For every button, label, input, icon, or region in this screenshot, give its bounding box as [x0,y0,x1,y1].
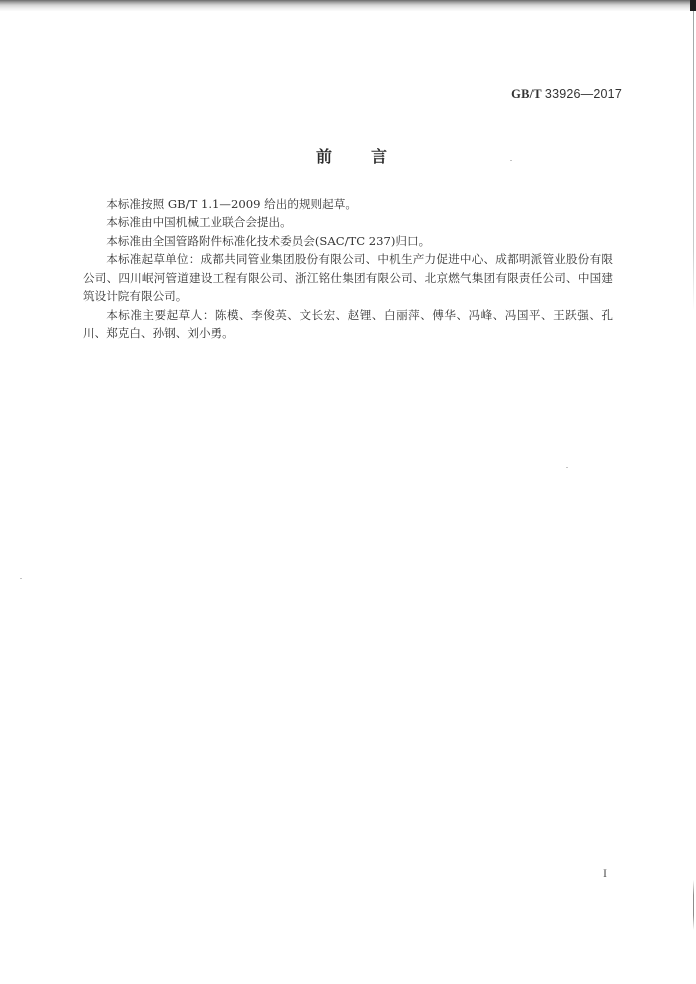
scan-speck [510,160,512,161]
scan-speck [20,578,22,579]
scan-edge-right-lower [693,880,694,930]
scan-speck [566,467,568,468]
standard-number: 33926—2017 [545,87,622,101]
standard-code-header: GB/T 33926—2017 [511,87,622,102]
paragraph-centralized-by: 本标准由全国管路附件标准化技术委员会(SAC/TC 237)归口。 [83,232,613,250]
page-title: 前言 [316,144,426,167]
paragraph-drafting-rules: 本标准按照 GB/T 1.1—2009 给出的规则起草。 [83,195,613,213]
paragraph-main-drafters: 本标准主要起草人：陈模、李俊英、文长宏、赵锂、白丽萍、傅华、冯峰、冯国平、王跃强… [83,306,613,343]
foreword-body: 本标准按照 GB/T 1.1—2009 给出的规则起草。 本标准由中国机械工业联… [83,195,613,343]
scan-corner-mark [690,0,696,11]
standard-prefix: GB/T [511,87,541,101]
scan-edge-top [0,0,696,11]
paragraph-drafting-organizations: 本标准起草单位：成都共同管业集团股份有限公司、中机生产力促进中心、成都明派管业股… [83,250,613,305]
scan-edge-right [693,11,694,311]
paragraph-proposed-by: 本标准由中国机械工业联合会提出。 [83,213,613,231]
scan-speck [233,227,235,228]
page-number: I [603,866,607,881]
